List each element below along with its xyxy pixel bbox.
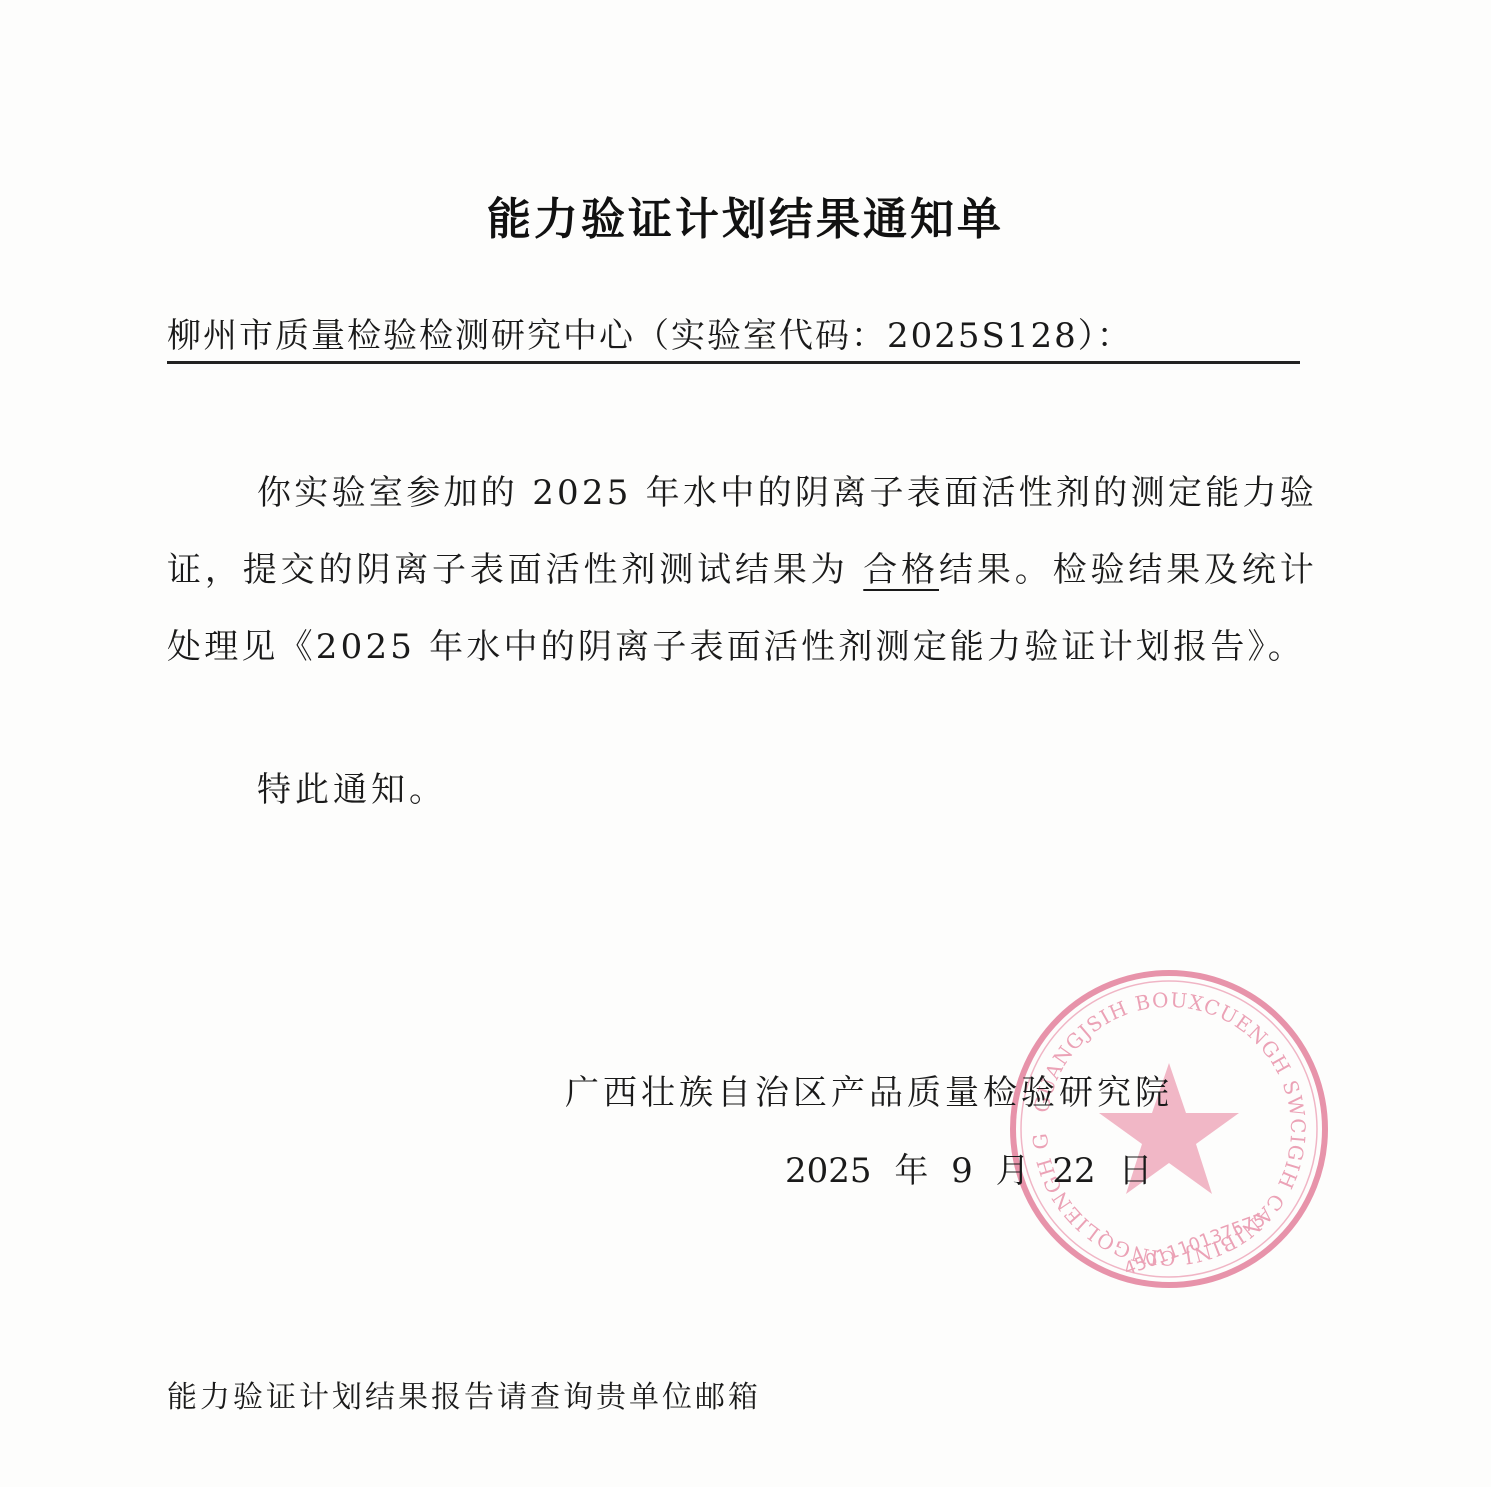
document-title: 能力验证计划结果通知单 (0, 183, 1491, 247)
result-value: 合格 (863, 550, 939, 590)
closing-text: 特此通知。 (257, 762, 447, 811)
issuer-name: 广西壮族自治区产品质量检验研究院 (565, 1065, 1173, 1114)
addressee-line: 柳州市质量检验检测研究中心（实验室代码：2025S128）： (167, 308, 1300, 364)
official-seal-icon: GUANGJSIH BOUXCUENGH SWCIGIH CANJBINJ CI… (1008, 968, 1330, 1290)
issue-date: 2025 年 9 月 22 日 (785, 1143, 1152, 1192)
footnote-text: 能力验证计划结果报告请查询贵单位邮箱 (167, 1372, 761, 1416)
body-paragraph: 你实验室参加的 2025 年水中的阴离子表面活性剂的测定能力验证，提交的阴离子表… (167, 455, 1317, 686)
